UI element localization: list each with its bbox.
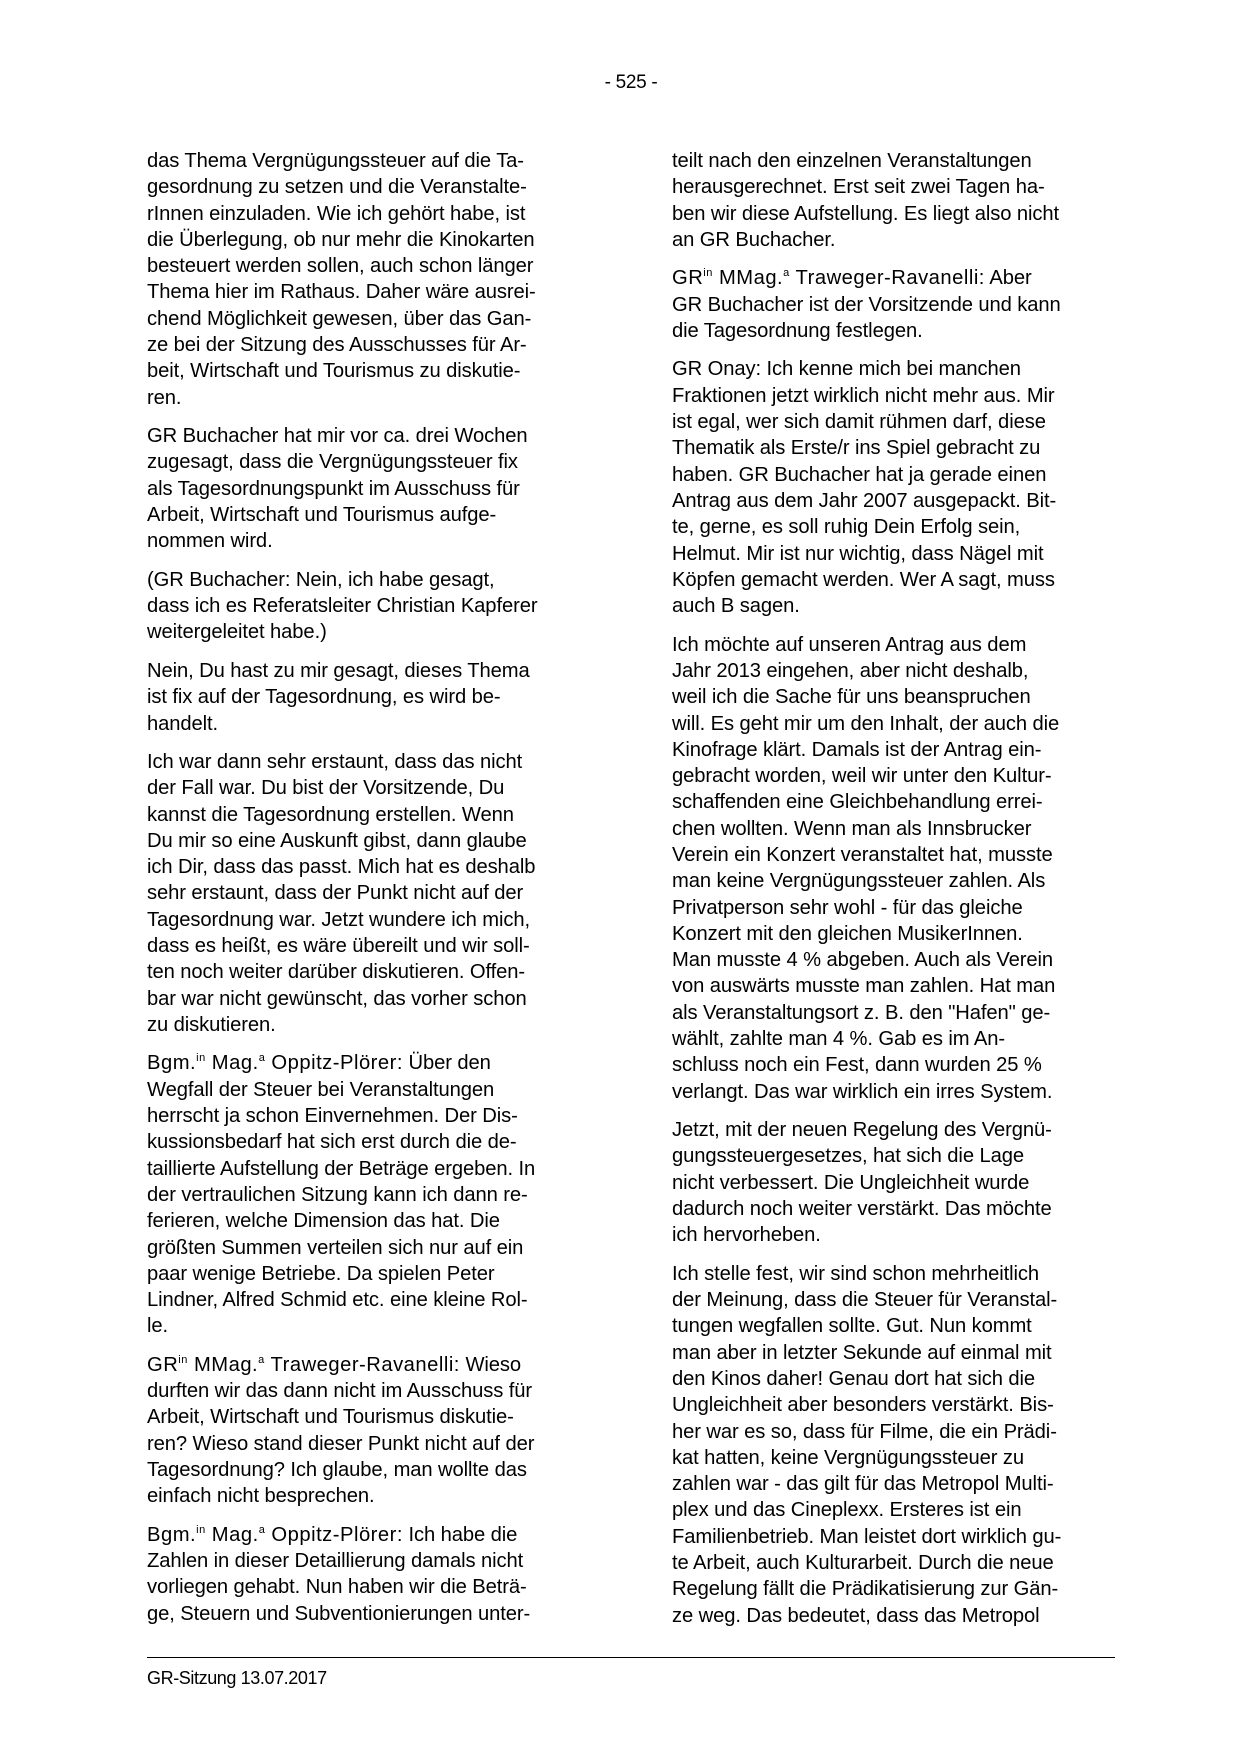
interjection: (GR Buchacher: Nein, ich habe gesagt, da… (147, 567, 607, 646)
footer-session-label: GR-Sitzung 13.07.2017 (147, 1668, 327, 1689)
paragraph: Ich möchte auf unseren Antrag aus dem Ja… (672, 632, 1132, 1105)
speaker-paragraph: GRin MMag.a Traweger-Ravanelli: Aber GR … (672, 265, 1132, 344)
paragraph: Jetzt, mit der neuen Regelung des Vergnü… (672, 1117, 1132, 1248)
paragraph: GR Buchacher hat mir vor ca. drei Wochen… (147, 423, 607, 554)
paragraph: Ich war dann sehr erstaunt, dass das nic… (147, 749, 607, 1038)
paragraph: GR Onay: Ich kenne mich bei manchen Frak… (672, 356, 1132, 619)
speaker-name: Bgm.in Mag.a Oppitz-Plörer: (147, 1052, 403, 1074)
paragraph: das Thema Vergnügungssteuer auf die Ta- … (147, 148, 607, 411)
left-column: das Thema Vergnügungssteuer auf die Ta- … (147, 148, 607, 1639)
speaker-paragraph: Bgm.in Mag.a Oppitz-Plörer: Über den Weg… (147, 1050, 607, 1339)
speaker-name: GRin MMag.a Traweger-Ravanelli: (672, 267, 985, 289)
page-number: - 525 - (0, 72, 1241, 94)
right-column: teilt nach den einzelnen Veranstaltungen… (672, 148, 1132, 1641)
speaker-paragraph: Bgm.in Mag.a Oppitz-Plörer: Ich habe die… (147, 1522, 607, 1627)
speaker-name: Bgm.in Mag.a Oppitz-Plörer: (147, 1524, 403, 1546)
speaker-name: GRin MMag.a Traweger-Ravanelli: (147, 1354, 460, 1376)
paragraph: Ich stelle fest, wir sind schon mehrheit… (672, 1261, 1132, 1629)
speaker-paragraph: GRin MMag.a Traweger-Ravanelli: Wieso du… (147, 1352, 607, 1510)
paragraph: teilt nach den einzelnen Veranstaltungen… (672, 148, 1132, 253)
footer-divider (147, 1657, 1115, 1658)
paragraph: Nein, Du hast zu mir gesagt, dieses Them… (147, 658, 607, 737)
